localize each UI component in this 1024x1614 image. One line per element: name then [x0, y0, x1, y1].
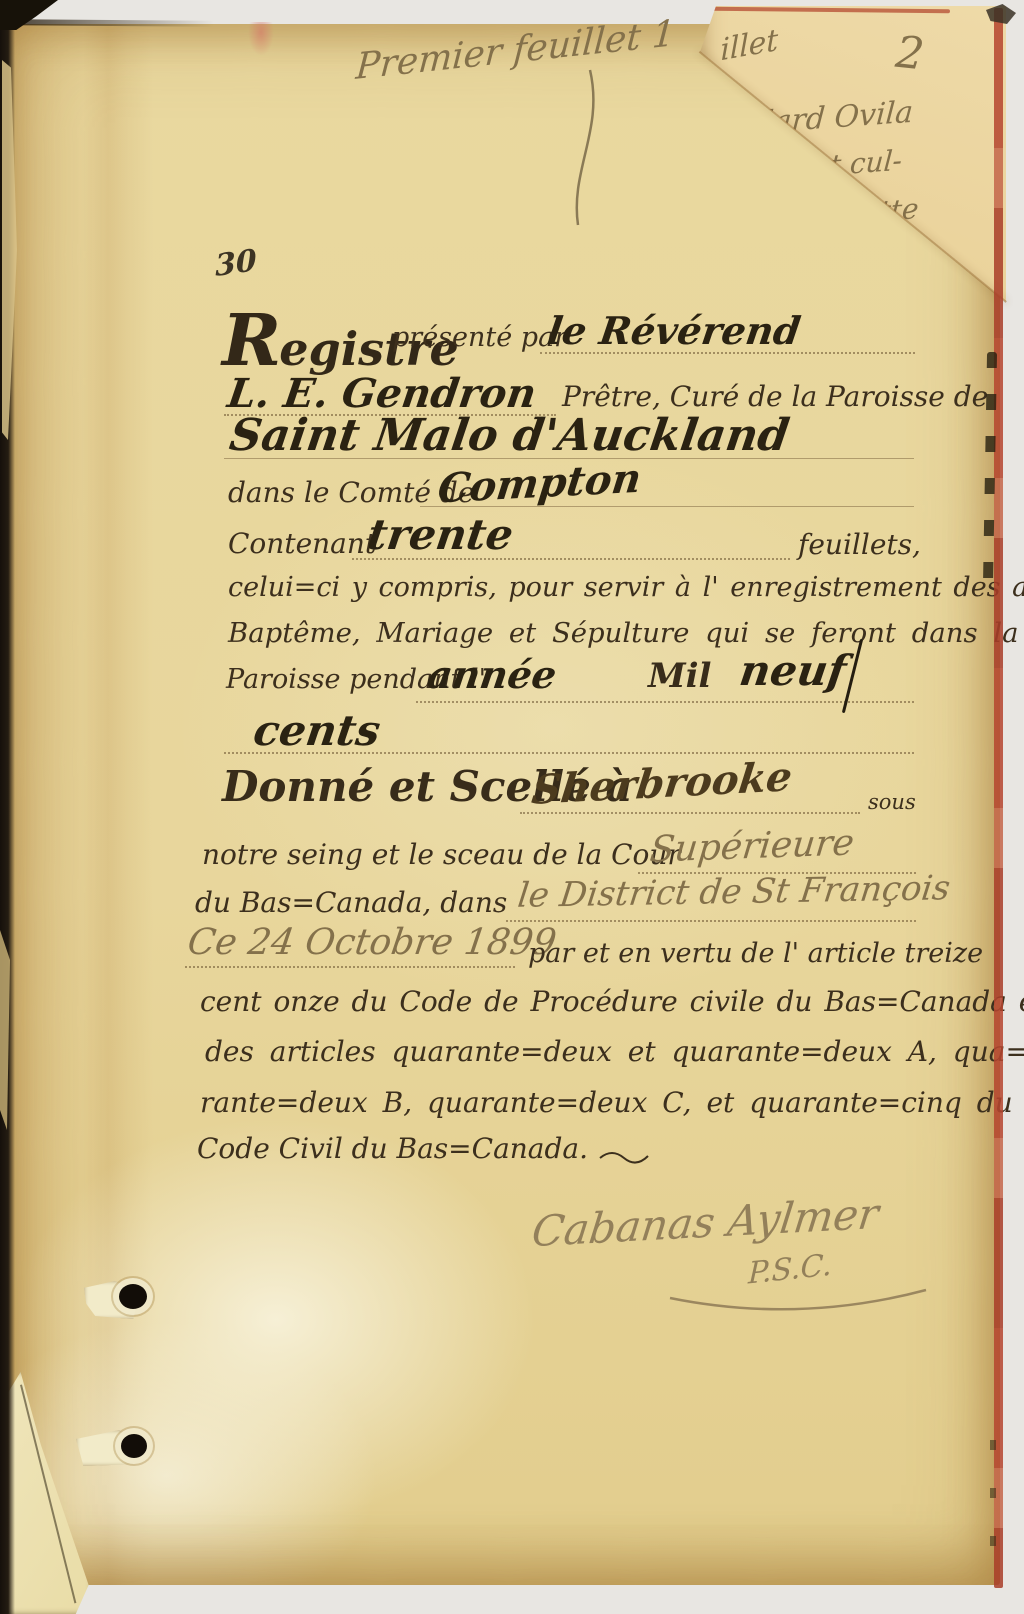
page-edge-red [994, 8, 1003, 1588]
code-clause-2: des articles quarante=deux et quarante=d… [205, 1035, 1024, 1068]
sheet-number-annotation: 30 [215, 243, 258, 284]
reverend-entry: le Révérend [545, 308, 804, 353]
feuillets-label: feuillets, [798, 528, 921, 561]
bas-canada-label: du Bas=Canada, dans [195, 886, 507, 919]
sous-label: sous [868, 790, 916, 814]
underlay-page-number: 2 [893, 27, 926, 81]
cour-type-entry: Supérieure [648, 822, 856, 870]
code-clause-1: cent onze du Code de Procédure civile du… [200, 985, 1024, 1018]
page-edge-ink-marks-lower [990, 1440, 996, 1560]
code-clause-4: Code Civil du Bas=Canada. [197, 1132, 588, 1165]
paroisse-name-entry: Saint Malo d'Auckland [226, 410, 792, 461]
neuf-entry: neuf [737, 646, 850, 695]
punch-hole-top [119, 1284, 147, 1309]
clause-line-1: celui=ci y compris, pour servir à l' enr… [228, 572, 1024, 603]
underlay-header-fragment: illet [720, 23, 778, 69]
annotation-flourish [560, 70, 620, 230]
date-entry: Ce 24 Octobre 1899 [185, 922, 559, 963]
punch-hole-bottom [121, 1434, 147, 1458]
cents-entry: cents [251, 706, 384, 755]
underlay-red-edge [708, 7, 950, 14]
code-clause-3: rante=deux B, quarante=deux C, et quaran… [200, 1086, 1013, 1119]
clause-line-2: Baptême, Mariage et Sépulture qui se fer… [228, 617, 1024, 649]
contenant-label: Contenant [228, 527, 376, 560]
cour-label: notre seing et le sceau de la Cour [202, 838, 681, 871]
pretre-cure-label: Prêtre, Curé de la Paroisse de [562, 380, 988, 413]
district-entry: le District de St François [516, 868, 953, 916]
pink-smudge [248, 22, 274, 56]
register-scan: illet 2 lard Ovila bert cul- de cette a … [0, 0, 1024, 1614]
presente-par-label: présenté par [392, 322, 567, 353]
signature-flourish [668, 1286, 930, 1326]
feuillet-count-entry: trente [365, 510, 517, 559]
annee-entry: année [425, 652, 560, 697]
clause-end-swash [600, 1148, 650, 1168]
mil-label: Mil [648, 656, 711, 696]
vertu-clause: par et en vertu de l' article treize [528, 938, 983, 969]
